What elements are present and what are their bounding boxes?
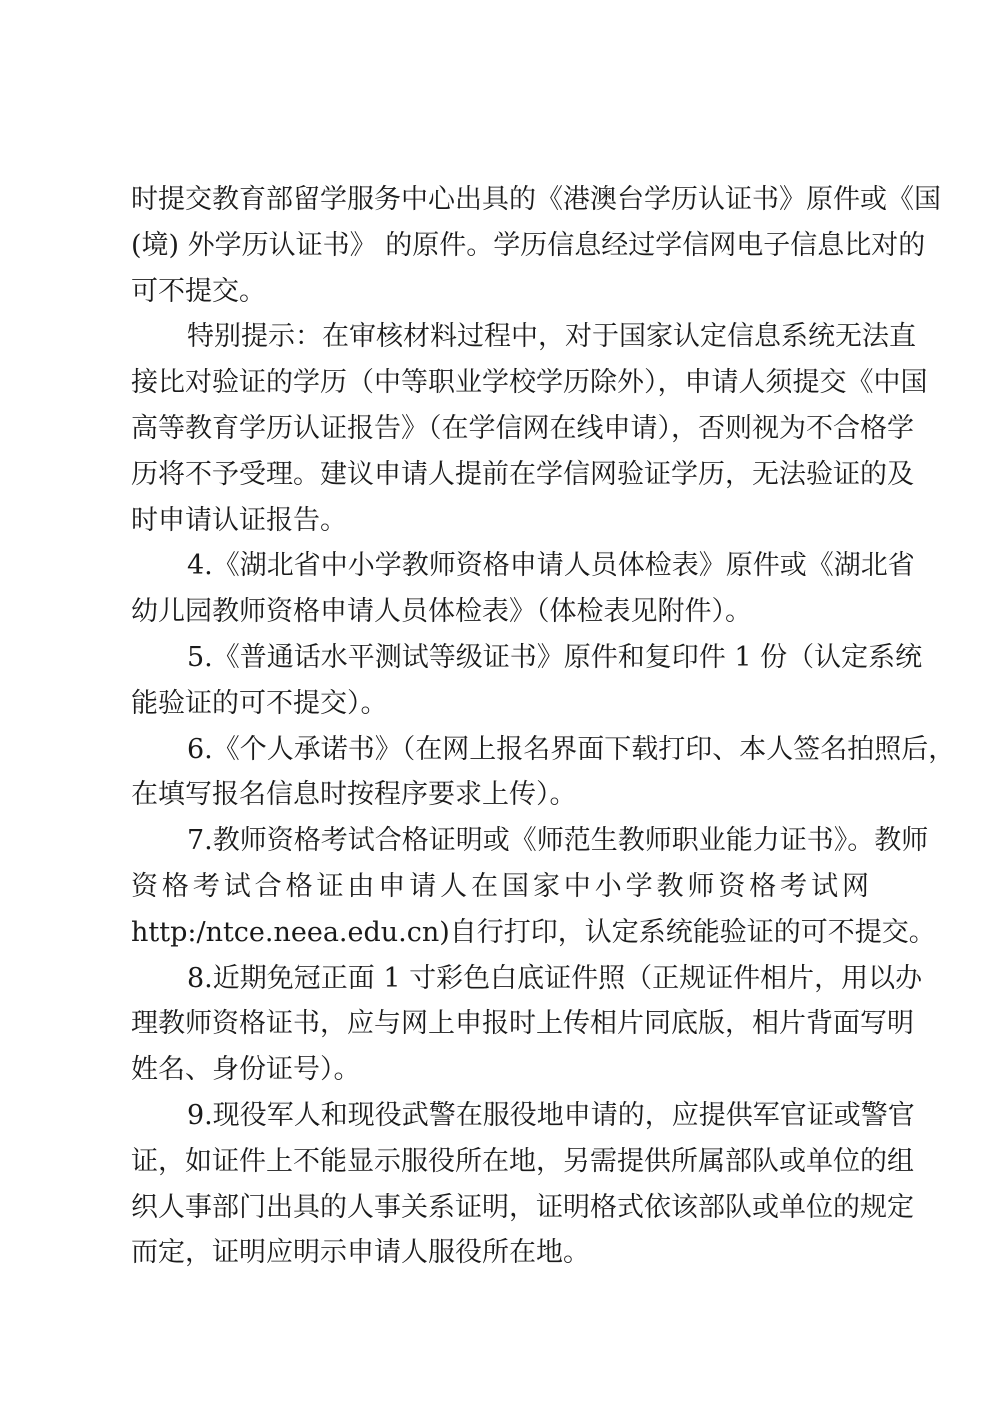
text-line: 特别提示：在审核材料过程中，对于国家认定信息系统无法直 <box>131 314 869 360</box>
text-line: 能验证的可不提交）。 <box>131 681 869 727</box>
text-line: 幼儿园教师资格申请人员体检表》（体检表见附件）。 <box>131 589 869 635</box>
document-body: 时提交教育部留学服务中心出具的《港澳台学历认证书》原件或《国 (境) 外学历认证… <box>131 177 869 1276</box>
list-item-7: 7.教师资格考试合格证明或《师范生教师职业能力证书》。教师 资格考试合格证由申请… <box>131 818 869 955</box>
paragraph-special-notice: 特别提示：在审核材料过程中，对于国家认定信息系统无法直 接比对验证的学历（中等职… <box>131 314 869 543</box>
text-line: 可不提交。 <box>131 269 869 315</box>
paragraph-continuation: 时提交教育部留学服务中心出具的《港澳台学历认证书》原件或《国 (境) 外学历认证… <box>131 177 869 314</box>
list-item-9: 9.现役军人和现役武警在服役地申请的，应提供军官证或警官 证，如证件上不能显示服… <box>131 1093 869 1276</box>
text-line: 证，如证件上不能显示服役所在地，另需提供所属部队或单位的组 <box>131 1139 869 1185</box>
text-line: 织人事部门出具的人事关系证明，证明格式依该部队或单位的规定 <box>131 1185 869 1231</box>
text-line: 5.《普通话水平测试等级证书》原件和复印件 1 份（认定系统 <box>131 635 869 681</box>
text-line: 高等教育学历认证报告》（在学信网在线申请），否则视为不合格学 <box>131 406 869 452</box>
text-line: 历将不予受理。建议申请人提前在学信网验证学历，无法验证的及 <box>131 452 869 498</box>
text-line: 接比对验证的学历（中等职业学校学历除外），申请人须提交《中国 <box>131 360 869 406</box>
text-line: 8.近期免冠正面 1 寸彩色白底证件照（正规证件相片，用以办 <box>131 956 869 1002</box>
list-item-4: 4.《湖北省中小学教师资格申请人员体检表》原件或《湖北省 幼儿园教师资格申请人员… <box>131 543 869 635</box>
text-line: (境) 外学历认证书》 的原件。学历信息经过学信网电子信息比对的 <box>131 223 869 269</box>
text-line: 姓名、身份证号）。 <box>131 1047 869 1093</box>
text-line: 理教师资格证书，应与网上申报时上传相片同底版，相片背面写明 <box>131 1001 869 1047</box>
text-line: 9.现役军人和现役武警在服役地申请的，应提供军官证或警官 <box>131 1093 869 1139</box>
list-item-8: 8.近期免冠正面 1 寸彩色白底证件照（正规证件相片，用以办 理教师资格证书，应… <box>131 956 869 1093</box>
url-line: http:/ntce.neea.edu.cn)自行打印，认定系统能验证的可不提交… <box>131 910 869 956</box>
list-item-5: 5.《普通话水平测试等级证书》原件和复印件 1 份（认定系统 能验证的可不提交）… <box>131 635 869 727</box>
document-page: 时提交教育部留学服务中心出具的《港澳台学历认证书》原件或《国 (境) 外学历认证… <box>0 0 1000 1414</box>
text-line: 7.教师资格考试合格证明或《师范生教师职业能力证书》。教师 <box>131 818 869 864</box>
text-line: 资格考试合格证由申请人在国家中小学教师资格考试网 <box>131 864 869 910</box>
list-item-6: 6.《个人承诺书》（在网上报名界面下载打印、本人签名拍照后， 在填写报名信息时按… <box>131 727 869 819</box>
text-line: 6.《个人承诺书》（在网上报名界面下载打印、本人签名拍照后， <box>131 727 869 773</box>
text-line: 4.《湖北省中小学教师资格申请人员体检表》原件或《湖北省 <box>131 543 869 589</box>
text-line: 在填写报名信息时按程序要求上传）。 <box>131 772 869 818</box>
text-line: 时提交教育部留学服务中心出具的《港澳台学历认证书》原件或《国 <box>131 177 869 223</box>
text-line: 而定，证明应明示申请人服役所在地。 <box>131 1230 869 1276</box>
text-line: 时申请认证报告。 <box>131 498 869 544</box>
